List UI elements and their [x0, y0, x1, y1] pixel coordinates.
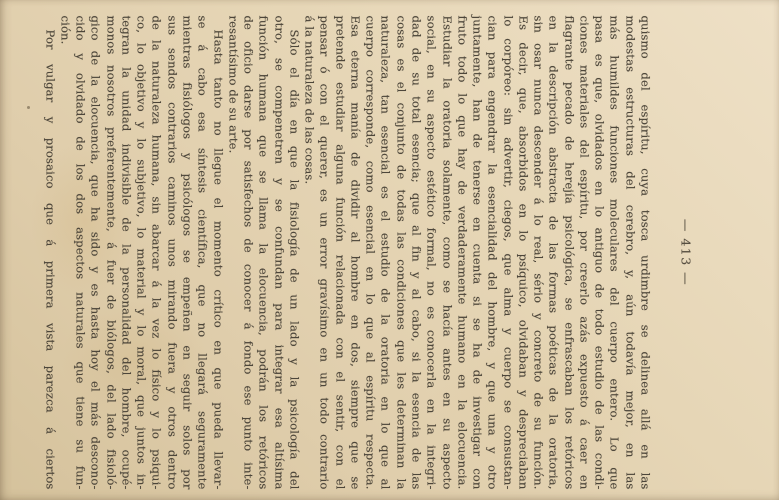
text-line: cosas es el conjunto de todas las condic… — [392, 15, 407, 489]
text-line: función humana que se llama la elocuenci… — [255, 15, 270, 489]
text-line: pasa es que, olvidados en lo antiguo de … — [591, 15, 606, 489]
page-number: — 413 — — [678, 15, 693, 489]
scanned-book-page: — 413 — quismo del espíritu, cuya tosca … — [0, 0, 779, 500]
text-line: mientras fisiólogos y psicólogos se empe… — [179, 15, 194, 489]
text-line: ciones materiales del espíritu, por cree… — [576, 15, 591, 489]
text-line: fruto todo lo que hay de verdaderamente … — [454, 15, 469, 489]
text-line: Por vulgar y prosaico que á primera vist… — [41, 15, 56, 489]
text-line: sus sendos contrarios caminos unos miran… — [164, 15, 179, 489]
text-line: cuerpo corresponde, como esencial en lo … — [362, 15, 377, 489]
text-line: más humildes funciones moleculares del c… — [606, 15, 621, 489]
text-line: naturaleza, tan esencial es el estudio d… — [377, 15, 392, 489]
body-text: quismo del espíritu, cuya tosca urdimbre… — [41, 15, 652, 489]
text-line: Hasta tanto no llegue el momento crítico… — [209, 15, 224, 489]
text-line: Esa eterna manía de dividir al hombre en… — [347, 15, 362, 489]
text-line: de la naturaleza humana, sin abarcar á l… — [148, 15, 163, 489]
text-line: monos nosotros preferentemente, á fuer d… — [102, 15, 117, 489]
text-line: modestas estructuras del cerebro, y, aún… — [621, 15, 636, 489]
text-line: dad de su total esencia; que al fin y al… — [408, 15, 423, 489]
text-line: lo corpóreo: sin advertir, ciegos, que a… — [499, 15, 514, 489]
text-line: co, lo objetivo y lo subjetivo, lo mater… — [133, 15, 148, 489]
text-line: sin osar nunca descender á lo real, séri… — [530, 15, 545, 489]
text-line: gico de la elocuencia, que ha sido y es … — [87, 15, 102, 489]
text-line: quismo del espíritu, cuya tosca urdimbre… — [637, 15, 652, 489]
text-line: tegran la unidad indivisible de la perso… — [118, 15, 133, 489]
text-line: pretende estudiar alguna función relacio… — [331, 15, 346, 489]
text-line: otro, se compenetren y se confundan para… — [270, 15, 285, 489]
text-line: en la descripción abstracta de las forma… — [545, 15, 560, 489]
text-line: se á cabo esa síntesis científica, que n… — [194, 15, 209, 489]
text-line: pensar ó con el querer, es un error grav… — [316, 15, 331, 489]
text-line: Estudiar la oratoria solamente, como se … — [438, 15, 453, 489]
text-line: cian para engendrar la esencialidad del … — [484, 15, 499, 489]
text-line: Sólo el día en que la fisiología de un l… — [286, 15, 301, 489]
page-content: — 413 — quismo del espíritu, cuya tosca … — [0, 0, 779, 500]
text-line: flagrante pecado de herejía psicológica,… — [560, 15, 575, 489]
text-line: resantísimo de su arte. — [225, 15, 240, 489]
text-line: á la naturaleza de las cosas. — [301, 15, 316, 489]
text-line: ción. — [57, 15, 72, 489]
text-line: social, en su aspecto estético formal, n… — [423, 15, 438, 489]
text-line: juntamente, han de tenerse en cuenta si … — [469, 15, 484, 489]
text-line: de oficio darse por satisfechos de conoc… — [240, 15, 255, 489]
text-line: cido y olvidado de los dos aspectos natu… — [72, 15, 87, 489]
text-line: Es decir, que, absorbidos en lo psíquico… — [515, 15, 530, 489]
